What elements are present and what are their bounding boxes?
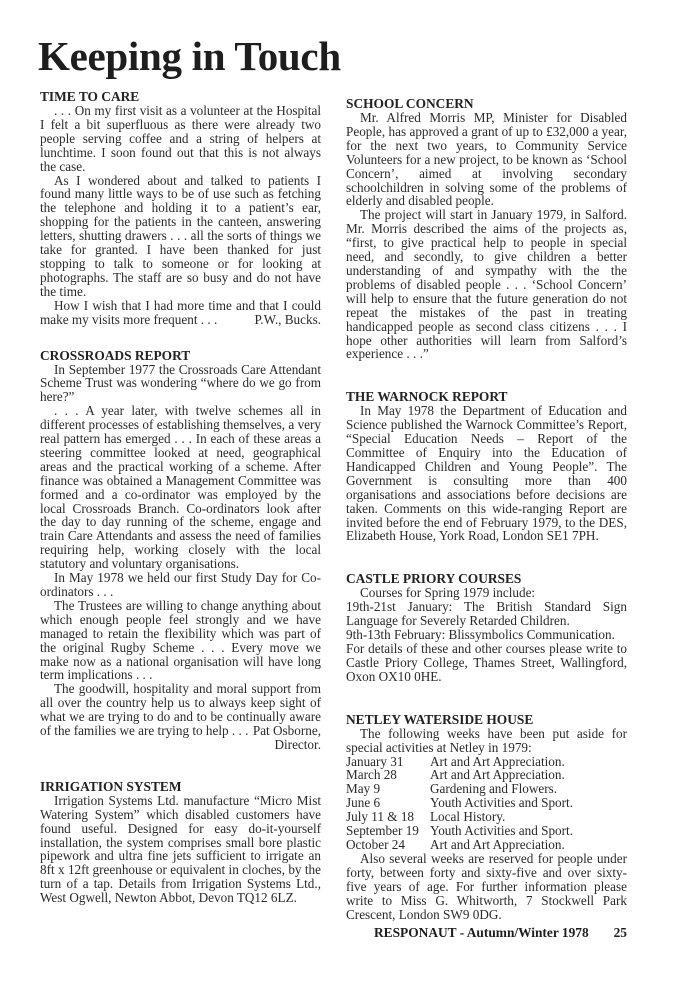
paragraph: Mr. Alfred Morris MP, Minister for Disab…: [346, 111, 627, 208]
course-line: 19th-21st January: The British Standard …: [346, 600, 627, 628]
schedule-activity: Youth Activities and Sport.: [430, 796, 627, 810]
section-castle-priory-courses: CASTLE PRIORY COURSES Courses for Spring…: [346, 571, 627, 683]
publication-name: RESPONAUT - Autumn/Winter 1978: [374, 925, 589, 941]
page-title: Keeping in Touch: [38, 36, 341, 77]
schedule-date: June 6: [346, 796, 430, 810]
schedule-activity: Youth Activities and Sport.: [430, 824, 627, 838]
paragraph: The project will start in January 1979, …: [346, 208, 627, 361]
paragraph: . . . On my first visit as a volunteer a…: [40, 104, 321, 174]
paragraph: Irrigation Systems Ltd. manufacture “Mic…: [40, 794, 321, 905]
schedule-activity: Art and Art Appreciation.: [430, 755, 627, 769]
paragraph: . . . A year later, with twelve schemes …: [40, 404, 321, 571]
paragraph: In May 1978 the Department of Education …: [346, 404, 627, 543]
paragraph: Also several weeks are reserved for peop…: [346, 852, 627, 922]
section-heading: NETLEY WATERSIDE HOUSE: [346, 712, 627, 727]
section-irrigation-system: IRRIGATION SYSTEM Irrigation Systems Ltd…: [40, 779, 321, 905]
page-number: 25: [614, 925, 627, 941]
schedule-activity: Local History.: [430, 810, 627, 824]
schedule-date: January 31: [346, 755, 430, 769]
schedule-date: July 11 & 18: [346, 810, 430, 824]
schedule-activity: Art and Art Appreciation.: [430, 838, 627, 852]
signature: P.W., Bucks.: [240, 313, 321, 327]
paragraph: In May 1978 we held our first Study Day …: [40, 571, 321, 599]
section-heading: TIME TO CARE: [40, 89, 321, 104]
paragraph: How I wish that I had more time and that…: [40, 299, 321, 327]
section-warnock-report: THE WARNOCK REPORT In May 1978 the Depar…: [346, 389, 627, 543]
schedule-activity: Art and Art Appreciation.: [430, 768, 627, 782]
section-heading: CASTLE PRIORY COURSES: [346, 571, 627, 586]
course-line: 9th-13th February: Blissymbolics Communi…: [346, 628, 627, 642]
schedule-table: January 31 Art and Art Appreciation. Mar…: [346, 755, 627, 852]
section-heading: CROSSROADS REPORT: [40, 348, 321, 363]
paragraph: The following weeks have been put aside …: [346, 727, 627, 755]
right-column: SCHOOL CONCERN Mr. Alfred Morris MP, Min…: [346, 96, 627, 921]
section-heading: THE WARNOCK REPORT: [346, 389, 627, 404]
schedule-date: March 28: [346, 768, 430, 782]
section-netley-waterside-house: NETLEY WATERSIDE HOUSE The following wee…: [346, 712, 627, 922]
section-heading: IRRIGATION SYSTEM: [40, 779, 321, 794]
course-line: For details of these and other courses p…: [346, 642, 627, 684]
paragraph: The Trustees are willing to change anyth…: [40, 599, 321, 682]
paragraph: Courses for Spring 1979 include:: [346, 586, 627, 600]
signature-title: Director.: [40, 738, 321, 752]
paragraph: As I wondered about and talked to patien…: [40, 174, 321, 299]
section-heading: SCHOOL CONCERN: [346, 96, 627, 111]
schedule-activity: Gardening and Flowers.: [430, 782, 627, 796]
section-time-to-care: TIME TO CARE . . . On my first visit as …: [40, 89, 321, 327]
schedule-date: September 19: [346, 824, 430, 838]
schedule-date: October 24: [346, 838, 430, 852]
page-footer: RESPONAUT - Autumn/Winter 1978 25: [374, 925, 627, 941]
paragraph: In September 1977 the Crossroads Care At…: [40, 363, 321, 405]
section-school-concern: SCHOOL CONCERN Mr. Alfred Morris MP, Min…: [346, 96, 627, 361]
left-column: TIME TO CARE . . . On my first visit as …: [40, 89, 321, 905]
section-crossroads-report: CROSSROADS REPORT In September 1977 the …: [40, 348, 321, 752]
schedule-date: May 9: [346, 782, 430, 796]
